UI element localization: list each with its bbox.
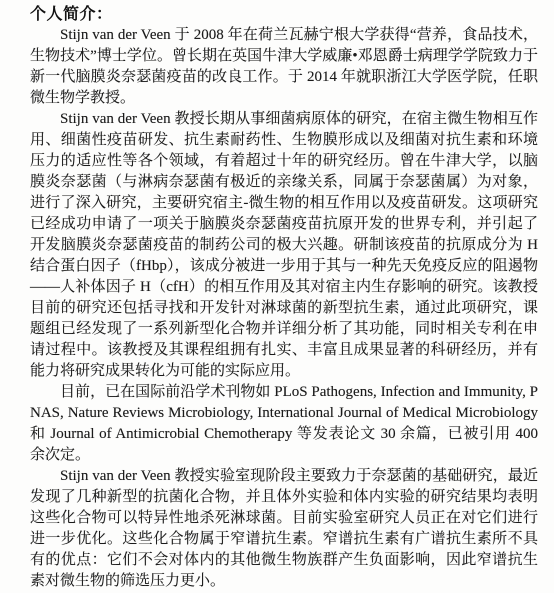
document-page: 个人简介： Stijn van der Veen 于 2008 年在荷兰瓦赫宁根… [0, 0, 554, 593]
paragraph-intro-education: Stijn van der Veen 于 2008 年在荷兰瓦赫宁根大学获得“营… [30, 25, 538, 109]
paragraph-current-lab-focus: Stijn van der Veen 教授实验室现阶段主要致力于奈瑟菌的基础研究… [30, 466, 538, 592]
paragraph-publications: 目前，已在国际前沿学术刊物如 PLoS Pathogens, Infection… [30, 382, 538, 466]
paragraph-research-background: Stijn van der Veen 教授长期从事细菌病原体的研究，在宿主微生物… [30, 109, 538, 382]
page-title: 个人简介： [30, 4, 538, 25]
